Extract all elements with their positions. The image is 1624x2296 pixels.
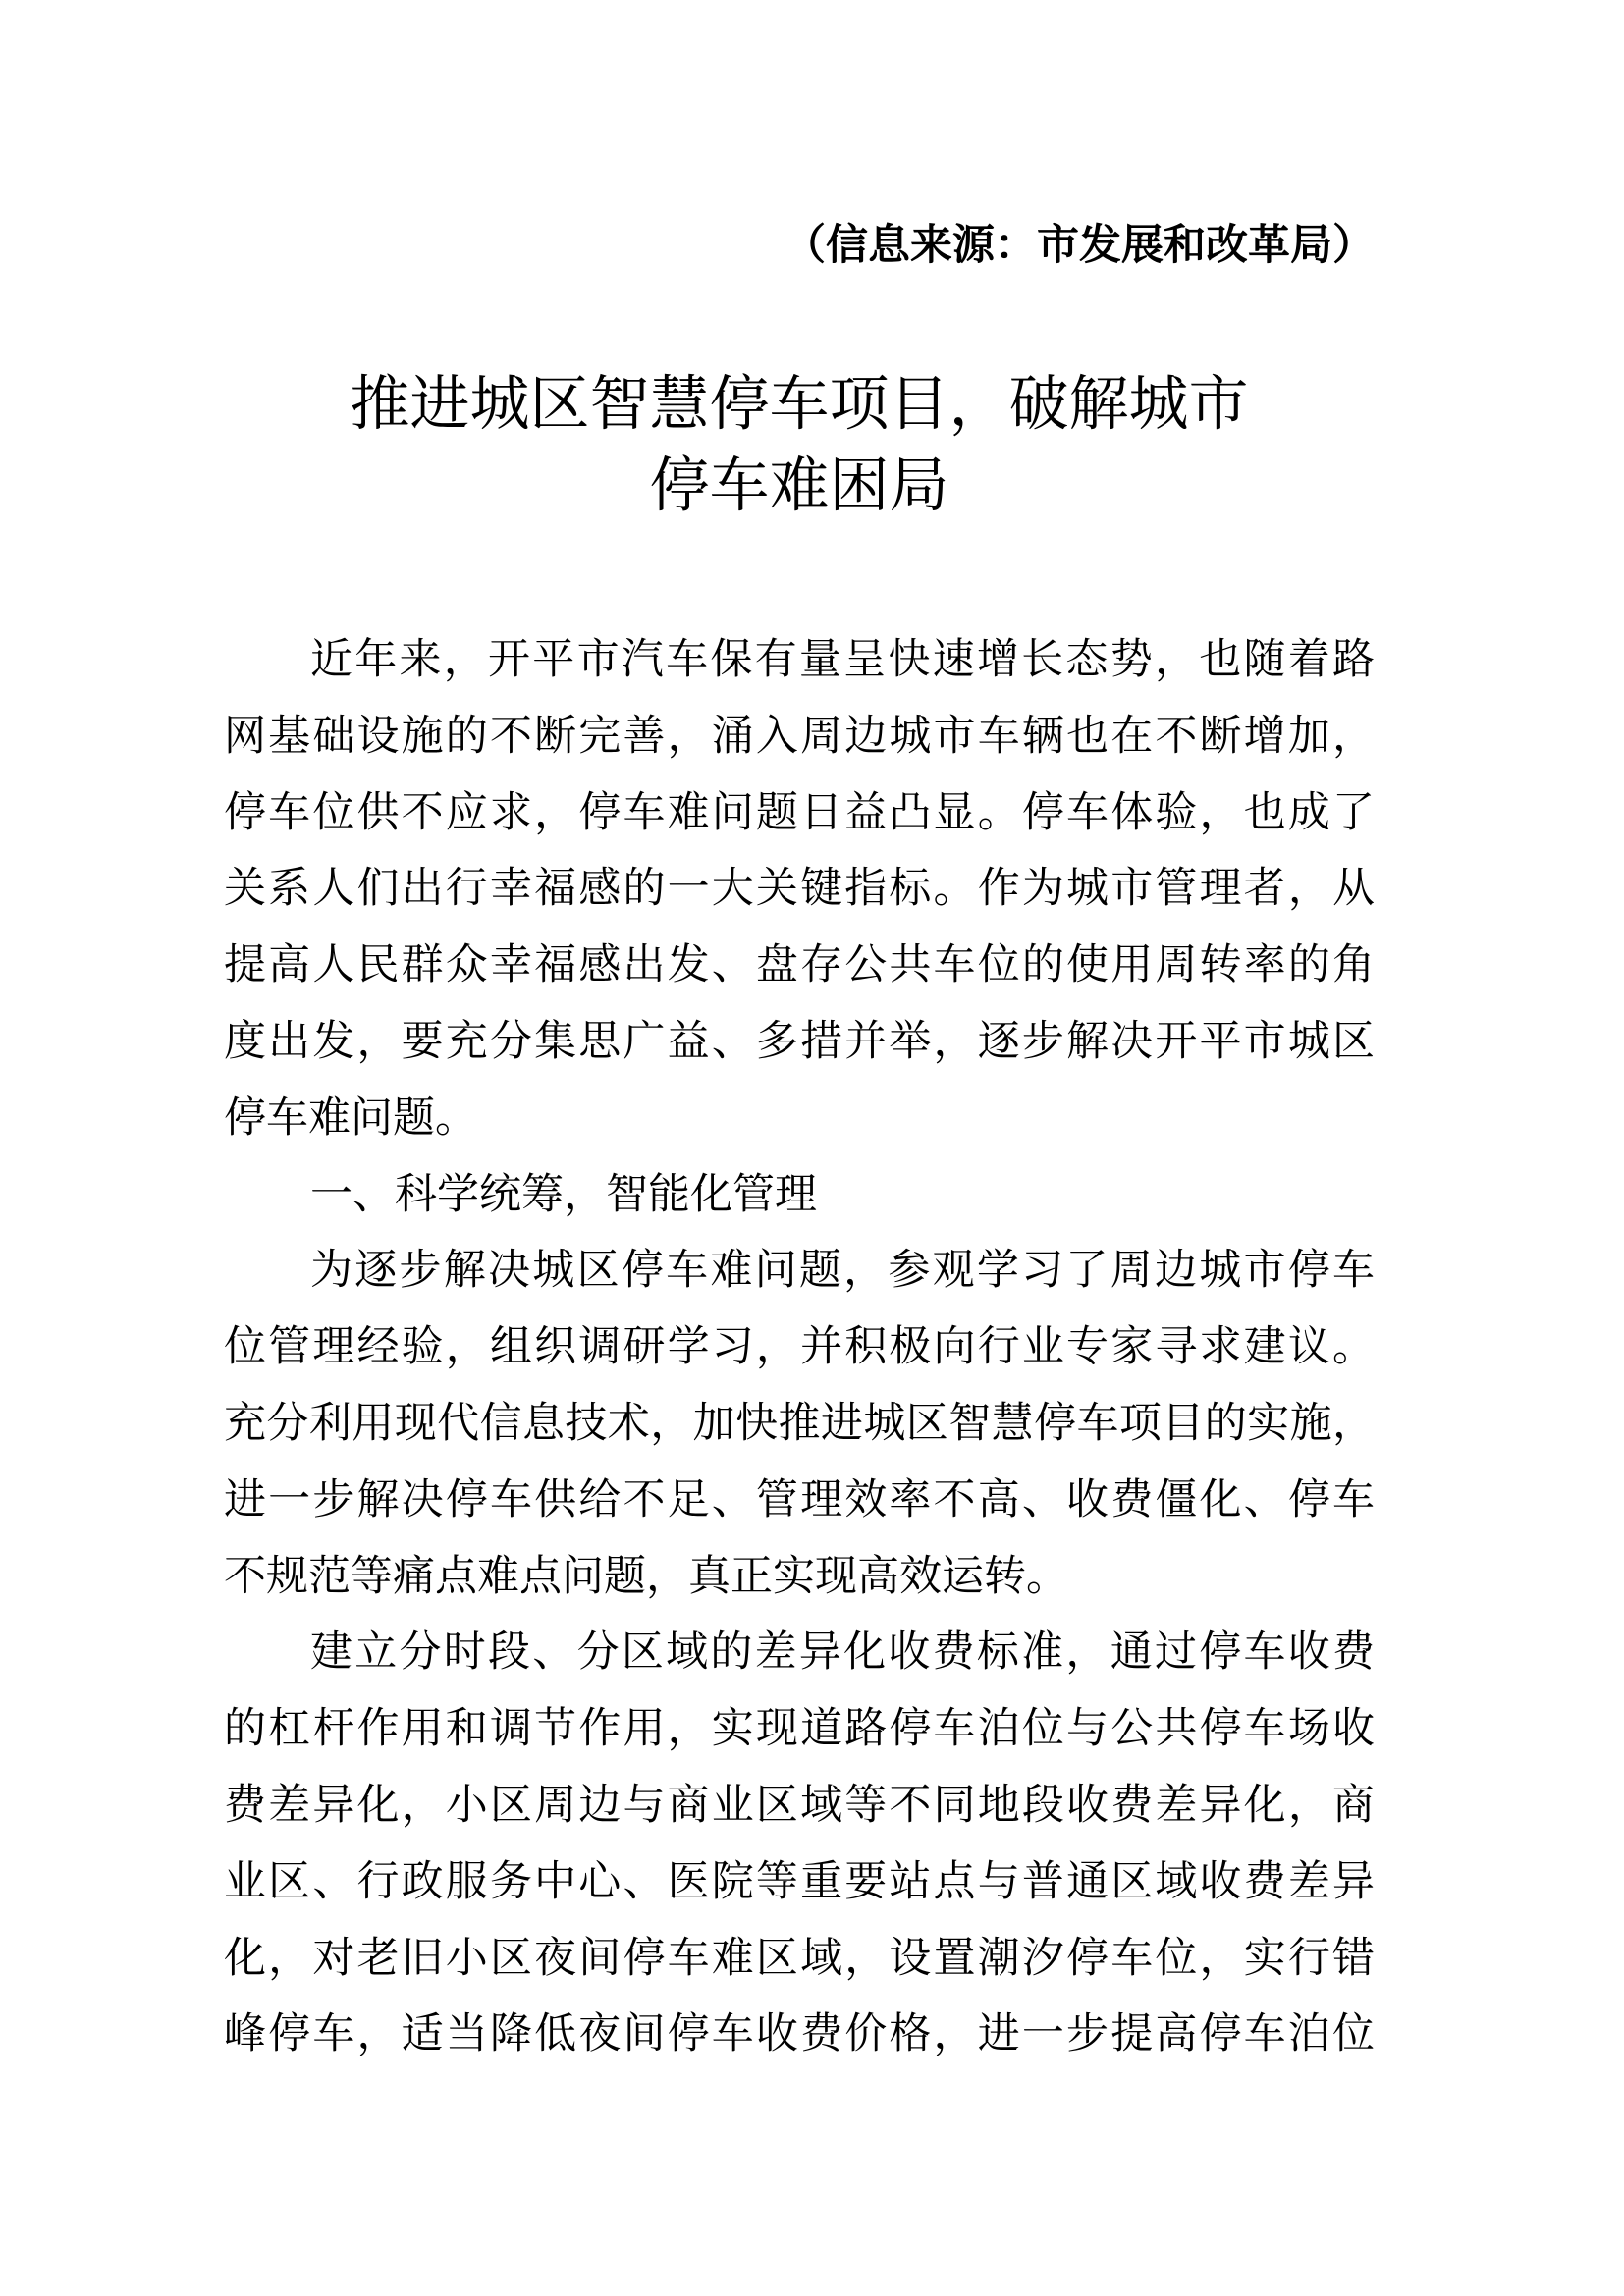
- paragraph-line: 为逐步解决城区停车难问题，参观学习了周边城市停车: [224, 1233, 1375, 1309]
- article-body: 近年来，开平市汽车保有量呈快速增长态势，也随着路 网基础设施的不断完善，涌入周边…: [224, 622, 1375, 2073]
- paragraph-line: 化，对老旧小区夜间停车难区域，设置潮汐停车位，实行错: [224, 1921, 1375, 1998]
- source-note: （信息来源：市发展和改革局）: [224, 218, 1375, 273]
- paragraph-line: 峰停车，适当降低夜间停车收费价格，进一步提高停车泊位: [224, 1997, 1375, 2073]
- paragraph-line: 建立分时段、分区域的差异化收费标准，通过停车收费: [224, 1615, 1375, 1691]
- paragraph-line: 费差异化，小区周边与商业区域等不同地段收费差异化，商: [224, 1768, 1375, 1844]
- paragraph-smart-management: 为逐步解决城区停车难问题，参观学习了周边城市停车 位管理经验，组织调研学习，并积…: [224, 1233, 1375, 1615]
- paragraph-line: 的杠杆作用和调节作用，实现道路停车泊位与公共停车场收: [224, 1691, 1375, 1768]
- paragraph-line: 进一步解决停车供给不足、管理效率不高、收费僵化、停车: [224, 1463, 1375, 1539]
- paragraph-differential-pricing: 建立分时段、分区域的差异化收费标准，通过停车收费 的杠杆作用和调节作用，实现道路…: [224, 1615, 1375, 2073]
- document-page: （信息来源：市发展和改革局） 推进城区智慧停车项目，破解城市 停车难困局 近年来…: [0, 0, 1624, 2296]
- paragraph-line: 位管理经验，组织调研学习，并积极向行业专家寻求建议。: [224, 1309, 1375, 1386]
- section-heading: 一、科学统筹，智能化管理: [224, 1157, 1375, 1234]
- paragraph-line: 近年来，开平市汽车保有量呈快速增长态势，也随着路: [224, 622, 1375, 699]
- paragraph-intro: 近年来，开平市汽车保有量呈快速增长态势，也随着路 网基础设施的不断完善，涌入周边…: [224, 622, 1375, 1157]
- paragraph-line: 不规范等痛点难点问题，真正实现高效运转。: [224, 1539, 1375, 1616]
- paragraph-line: 业区、行政服务中心、医院等重要站点与普通区域收费差异: [224, 1844, 1375, 1921]
- title-line-1: 推进城区智慧停车项目，破解城市: [224, 363, 1375, 445]
- title-line-2: 停车难困局: [224, 445, 1375, 526]
- paragraph-line: 停车难问题。: [224, 1081, 1375, 1157]
- article-title: 推进城区智慧停车项目，破解城市 停车难困局: [224, 363, 1375, 526]
- paragraph-line: 提高人民群众幸福感出发、盘存公共车位的使用周转率的角: [224, 928, 1375, 1004]
- paragraph-line: 停车位供不应求，停车难问题日益凸显。停车体验，也成了: [224, 775, 1375, 852]
- paragraph-line: 关系人们出行幸福感的一大关键指标。作为城市管理者，从: [224, 851, 1375, 928]
- paragraph-line: 度出发，要充分集思广益、多措并举，逐步解决开平市城区: [224, 1004, 1375, 1081]
- paragraph-line: 网基础设施的不断完善，涌入周边城市车辆也在不断增加，: [224, 699, 1375, 775]
- paragraph-line: 充分利用现代信息技术，加快推进城区智慧停车项目的实施，: [224, 1386, 1375, 1463]
